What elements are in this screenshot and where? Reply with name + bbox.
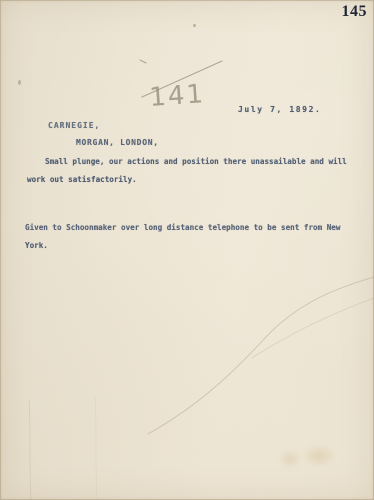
message-line: Small plunge, our actions and position t… [45, 157, 347, 166]
note-line: Given to Schoonmaker over long distance … [25, 223, 340, 232]
crease-vertical-left [29, 400, 31, 500]
date-line: July 7, 1892. [238, 105, 321, 114]
crease-curve-secondary [252, 298, 374, 358]
paper-speck [193, 24, 196, 27]
paper-speck [18, 80, 21, 85]
telegram-page: 145 141 July 7, 1892. CARNEGIE, MORGAN, … [0, 0, 374, 500]
paper-stain [296, 440, 342, 472]
note-line: York. [25, 241, 48, 250]
recipient-line: CARNEGIE, [48, 121, 100, 130]
paper-stain [274, 446, 306, 472]
message-line: work out satisfactorily. [27, 175, 137, 184]
crease-curve-main [148, 277, 374, 434]
pencil-tick-mark [140, 60, 146, 63]
address-line: MORGAN, LONDON, [76, 138, 159, 147]
page-number: 145 [342, 3, 368, 21]
handwritten-annotation: 141 [138, 53, 238, 115]
handwritten-number: 141 [148, 79, 206, 113]
crease-vertical-faint [95, 396, 97, 500]
